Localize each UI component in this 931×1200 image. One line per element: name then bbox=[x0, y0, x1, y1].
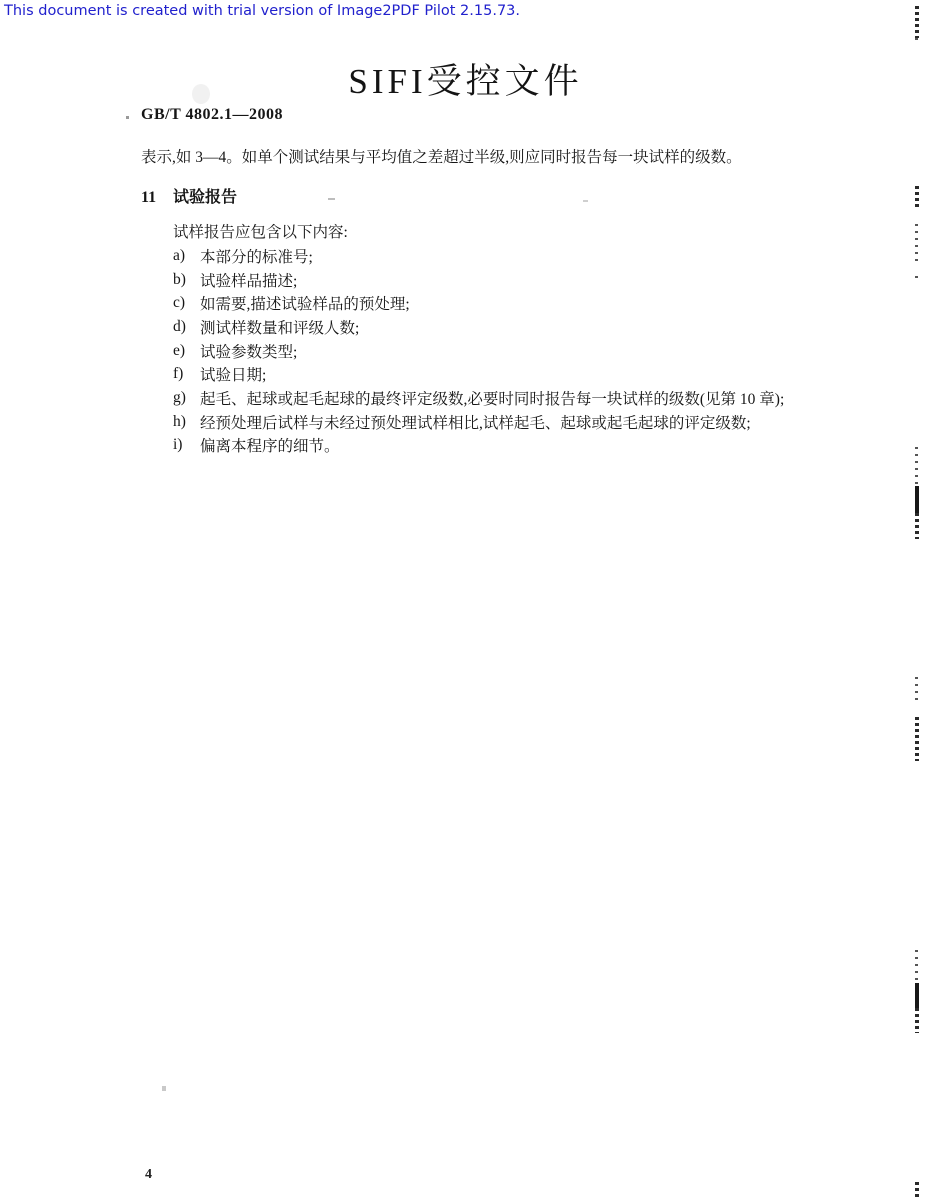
list-item-text: 本部分的标准号; bbox=[200, 245, 313, 267]
list-item-label: e) bbox=[173, 342, 200, 360]
scan-smudge bbox=[192, 84, 210, 104]
report-content-list: a) 本部分的标准号; b) 试验样品描述; c) 如需要,描述试验样品的预处理… bbox=[173, 244, 853, 457]
list-item-label: b) bbox=[173, 271, 200, 289]
list-item-text: 经预处理后试样与未经过预处理试样相比,试样起毛、起球或起毛起球的评定级数; bbox=[200, 411, 751, 433]
list-item-label: a) bbox=[173, 247, 200, 265]
list-item-text: 测试样数量和评级人数; bbox=[200, 316, 359, 338]
list-item-label: h) bbox=[173, 413, 200, 431]
list-item-text: 试验样品描述; bbox=[200, 269, 297, 291]
list-item-text: 偏离本程序的细节。 bbox=[200, 434, 340, 456]
list-item: i) 偏离本程序的细节。 bbox=[173, 434, 853, 458]
scan-speck bbox=[126, 116, 129, 119]
scan-artifact bbox=[915, 447, 918, 484]
scan-artifact bbox=[915, 983, 919, 1008]
scan-artifact bbox=[915, 717, 919, 761]
list-item: h) 经预处理后试样与未经过预处理试样相比,试样起毛、起球或起毛起球的评定级数; bbox=[173, 410, 853, 434]
list-item: g) 起毛、起球或起毛起球的最终评定级数,必要时同时报告每一块试样的级数(见第 … bbox=[173, 386, 853, 410]
list-item-label: f) bbox=[173, 365, 200, 383]
list-intro: 试样报告应包含以下内容: bbox=[173, 220, 348, 242]
scan-speck bbox=[328, 198, 335, 200]
section-heading: 11试验报告 bbox=[141, 184, 237, 207]
scan-artifact bbox=[915, 6, 919, 38]
scan-artifact bbox=[915, 486, 919, 513]
scan-artifact bbox=[915, 276, 918, 281]
scan-artifact bbox=[915, 950, 918, 981]
list-item-text: 试验参数类型; bbox=[200, 340, 297, 362]
section-title: 试验报告 bbox=[173, 189, 237, 206]
list-item-label: i) bbox=[173, 436, 200, 454]
intro-paragraph: 表示,如 3—4。如单个测试结果与平均值之差超过半级,则应同时报告每一块试样的级… bbox=[141, 148, 781, 168]
trial-watermark-text: This document is created with trial vers… bbox=[4, 3, 520, 19]
list-item-label: g) bbox=[173, 389, 200, 407]
scan-artifact bbox=[915, 224, 918, 266]
scan-artifact bbox=[915, 677, 918, 704]
list-item: d) 测试样数量和评级人数; bbox=[173, 315, 853, 339]
list-item-label: c) bbox=[173, 294, 200, 312]
scan-artifact bbox=[915, 1182, 919, 1200]
scan-speck bbox=[583, 200, 588, 202]
list-item: c) 如需要,描述试验样品的预处理; bbox=[173, 291, 853, 315]
scan-artifact bbox=[915, 1008, 919, 1033]
list-item: b) 试验样品描述; bbox=[173, 268, 853, 292]
controlled-document-stamp: SIFI受控文件 bbox=[0, 54, 931, 104]
list-item: e) 试验参数类型; bbox=[173, 339, 853, 363]
scan-speck bbox=[162, 1086, 166, 1091]
page-number: 4 bbox=[145, 1167, 152, 1183]
scanned-document-page: This document is created with trial vers… bbox=[0, 0, 931, 1200]
standard-number: GB/T 4802.1—2008 bbox=[141, 106, 283, 124]
scan-artifact bbox=[915, 38, 918, 44]
list-item-text: 如需要,描述试验样品的预处理; bbox=[200, 292, 410, 314]
list-item-text: 起毛、起球或起毛起球的最终评定级数,必要时同时报告每一块试样的级数(见第 10 … bbox=[200, 387, 784, 409]
list-item: f) 试验日期; bbox=[173, 362, 853, 386]
scan-artifact bbox=[915, 513, 919, 539]
list-item: a) 本部分的标准号; bbox=[173, 244, 853, 268]
list-item-label: d) bbox=[173, 318, 200, 336]
list-item-text: 试验日期; bbox=[200, 363, 266, 385]
section-number: 11 bbox=[141, 189, 173, 207]
scan-artifact bbox=[915, 186, 919, 208]
